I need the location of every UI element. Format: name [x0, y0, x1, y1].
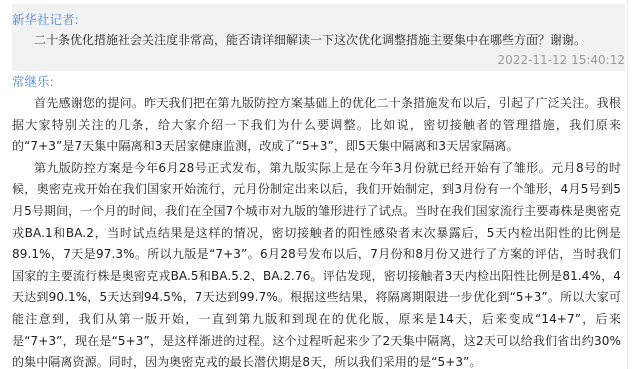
question-speaker-label: 新华社记者: [12, 12, 79, 28]
question-text: 二十条优化措施社会关注度非常高，能否请详细解读一下这次优化调整措施主要集中在哪些… [34, 32, 586, 48]
question-timestamp: 2022-11-12 15:40:12 [498, 53, 625, 67]
answer-block: 常继乐: 首先感谢您的提问。昨天我们把在第九版防控方案基础上的优化二十条措施发布… [12, 74, 625, 369]
page-right-margin [627, 0, 640, 369]
answer-paragraph: 第九版防控方案是今年6月28号正式发布，第九版实际上是在今年3月份就已经开始有了… [12, 158, 625, 369]
answer-speaker-label: 常继乐: [12, 74, 625, 90]
answer-paragraph: 首先感谢您的提问。昨天我们把在第九版防控方案基础上的优化二十条措施发布以后，引起… [12, 93, 625, 158]
question-block: 新华社记者: 二十条优化措施社会关注度非常高，能否请详细解读一下这次优化调整措施… [12, 4, 625, 71]
transcript-page: 新华社记者: 二十条优化措施社会关注度非常高，能否请详细解读一下这次优化调整措施… [0, 0, 640, 369]
